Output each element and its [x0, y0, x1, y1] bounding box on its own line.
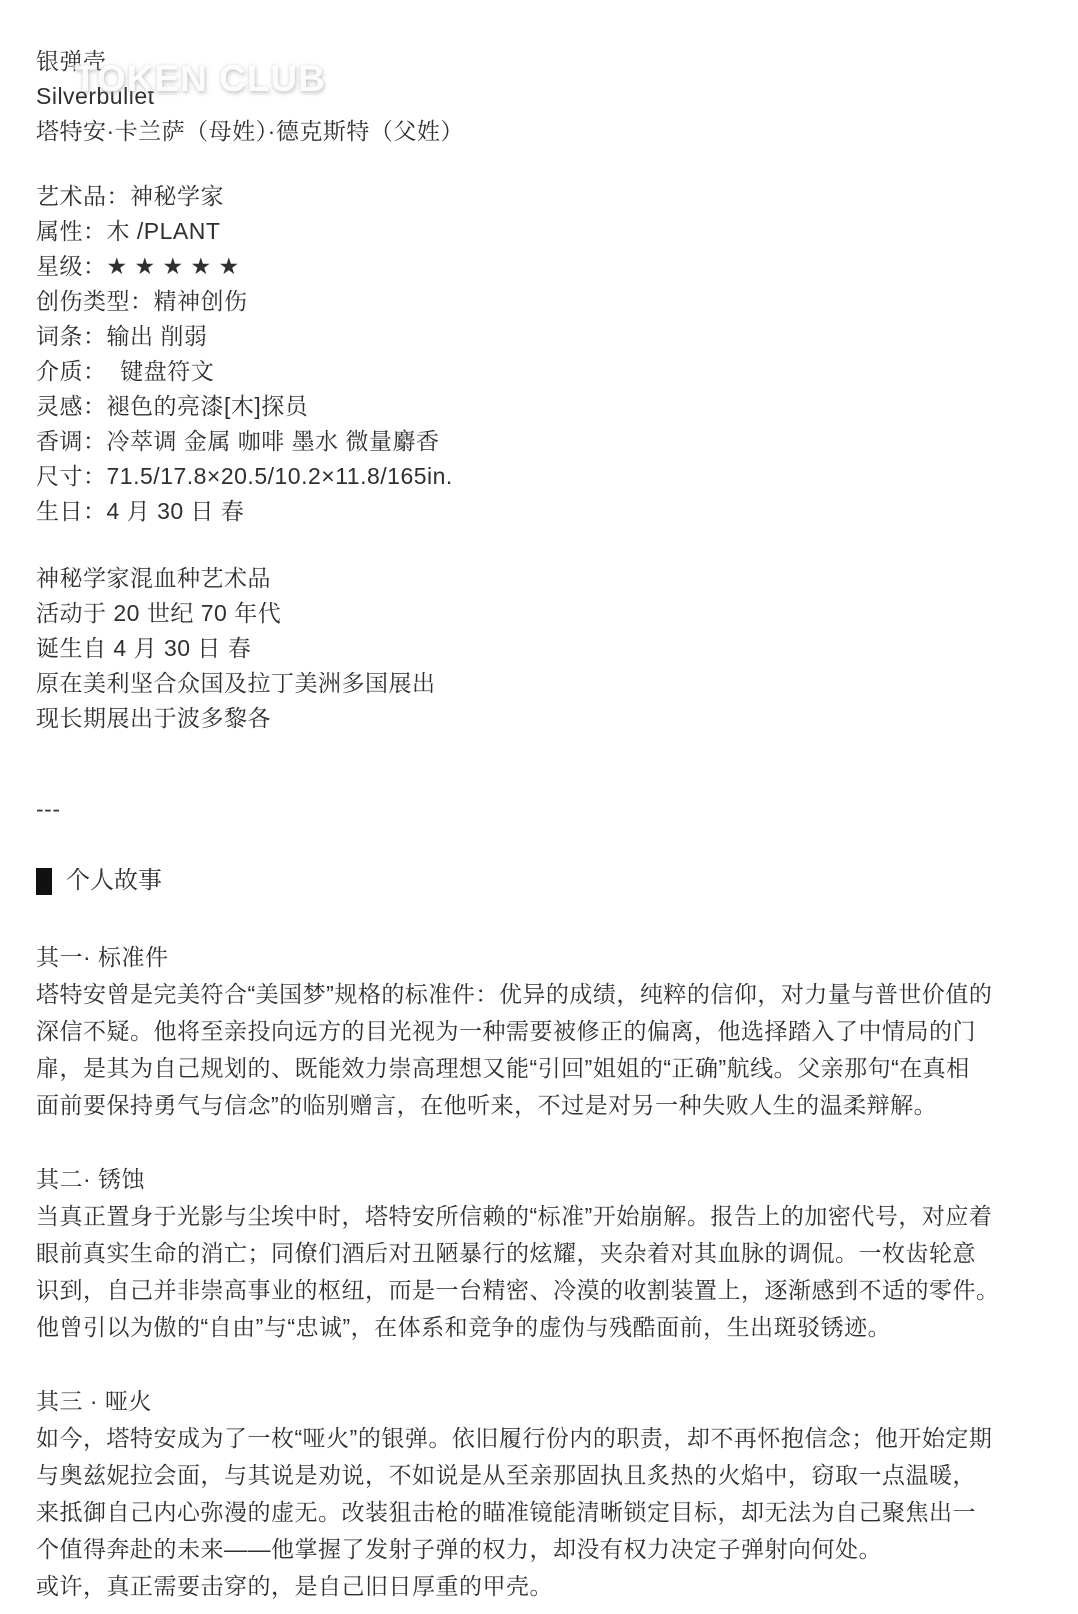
attr-line-artwork: 艺术品：神秘学家: [36, 179, 1044, 214]
story-line: 如今，塔特安成为了一枚“哑火”的银弹。依旧履行份内的职责，却不再怀抱信念；他开始…: [36, 1420, 1044, 1457]
story-line: 扉，是其为自己规划的、既能效力崇高理想又能“引回”姐姐的“正确”航线。父亲那句“…: [36, 1050, 1044, 1087]
story-line: 面前要保持勇气与信念”的临别赠言，在他听来，不过是对另一种失败人生的温柔辩解。: [36, 1087, 1044, 1124]
story-line: 或许，真正需要击穿的，是自己旧日厚重的甲壳。: [36, 1568, 1044, 1605]
story-line: 当真正置身于光影与尘埃中时，塔特安所信赖的“标准”开始崩解。报告上的加密代号，对…: [36, 1198, 1044, 1235]
summary-line: 活动于 20 世纪 70 年代: [36, 596, 1044, 631]
attributes-block: 艺术品：神秘学家 属性：木 /PLANT 星级：★ ★ ★ ★ ★ 创伤类型：精…: [36, 179, 1044, 529]
story-heading: 其一· 标准件: [36, 939, 1044, 976]
title-zh: 银弹壳: [36, 44, 1044, 79]
story-heading: 其三 · 哑火: [36, 1383, 1044, 1420]
section-marker-bar-icon: [36, 868, 52, 895]
document-page: TOKEN CLUB 银弹壳 Silverbullet 塔特安·卡兰萨（母姓）·…: [0, 0, 1078, 1614]
attr-line-birthday: 生日：4 月 30 日 春: [36, 494, 1044, 529]
attr-line-star-rating: 星级：★ ★ ★ ★ ★: [36, 249, 1044, 284]
header-block: 银弹壳 Silverbullet 塔特安·卡兰萨（母姓）·德克斯特（父姓）: [36, 44, 1044, 149]
story-line: 他曾引以为傲的“自由”与“忠诚”，在体系和竞争的虚伪与残酷面前，生出斑驳锈迹。: [36, 1309, 1044, 1346]
story-line: 与奥兹妮拉会面，与其说是劝说，不如说是从至亲那固执且炙热的火焰中，窃取一点温暖，: [36, 1457, 1044, 1494]
story-2: 其二· 锈蚀 当真正置身于光影与尘埃中时，塔特安所信赖的“标准”开始崩解。报告上…: [36, 1161, 1044, 1346]
summary-line: 诞生自 4 月 30 日 春: [36, 631, 1044, 666]
summary-block: 神秘学家混血种艺术品 活动于 20 世纪 70 年代 诞生自 4 月 30 日 …: [36, 561, 1044, 736]
attr-line-dimensions: 尺寸：71.5/17.8×20.5/10.2×11.8/165in.: [36, 459, 1044, 494]
story-line: 深信不疑。他将至亲投向远方的目光视为一种需要被修正的偏离，他选择踏入了中情局的门: [36, 1013, 1044, 1050]
story-line: 来抵御自己内心弥漫的虚无。改装狙击枪的瞄准镜能清晰锁定目标，却无法为自己聚焦出一: [36, 1494, 1044, 1531]
story-3: 其三 · 哑火 如今，塔特安成为了一枚“哑火”的银弹。依旧履行份内的职责，却不再…: [36, 1383, 1044, 1605]
attr-line-scent-notes: 香调：冷萃调 金属 咖啡 墨水 微量麝香: [36, 424, 1044, 459]
story-line: 塔特安曾是完美符合“美国梦”规格的标准件：优异的成绩，纯粹的信仰，对力量与普世价…: [36, 976, 1044, 1013]
section-title-personal-story: 个人故事: [36, 863, 1044, 899]
summary-line: 神秘学家混血种艺术品: [36, 561, 1044, 596]
attr-line-medium: 介质： 键盘符文: [36, 354, 1044, 389]
attr-line-trauma-type: 创伤类型：精神创伤: [36, 284, 1044, 319]
story-line: 眼前真实生命的消亡；同僚们酒后对丑陋暴行的炫耀，夹杂着对其血脉的调侃。一枚齿轮意: [36, 1235, 1044, 1272]
divider-line: ---: [36, 792, 1044, 827]
story-line: 个值得奔赴的未来——他掌握了发射子弹的权力，却没有权力决定子弹射向何处。: [36, 1531, 1044, 1568]
title-en: Silverbullet: [36, 79, 1044, 114]
attr-line-inspiration: 灵感：褪色的亮漆[木]探员: [36, 389, 1044, 424]
story-1: 其一· 标准件 塔特安曾是完美符合“美国梦”规格的标准件：优异的成绩，纯粹的信仰…: [36, 939, 1044, 1124]
attr-line-tags: 词条：输出 削弱: [36, 319, 1044, 354]
story-heading: 其二· 锈蚀: [36, 1161, 1044, 1198]
story-line: 识到，自己并非崇高事业的枢纽，而是一台精密、冷漠的收割装置上，逐渐感到不适的零件…: [36, 1272, 1044, 1309]
summary-line: 原在美利坚合众国及拉丁美洲多国展出: [36, 666, 1044, 701]
summary-line: 现长期展出于波多黎各: [36, 701, 1044, 736]
attr-line-attribute: 属性：木 /PLANT: [36, 214, 1044, 249]
section-title-text: 个人故事: [66, 863, 162, 899]
character-full-name: 塔特安·卡兰萨（母姓）·德克斯特（父姓）: [36, 114, 1044, 149]
